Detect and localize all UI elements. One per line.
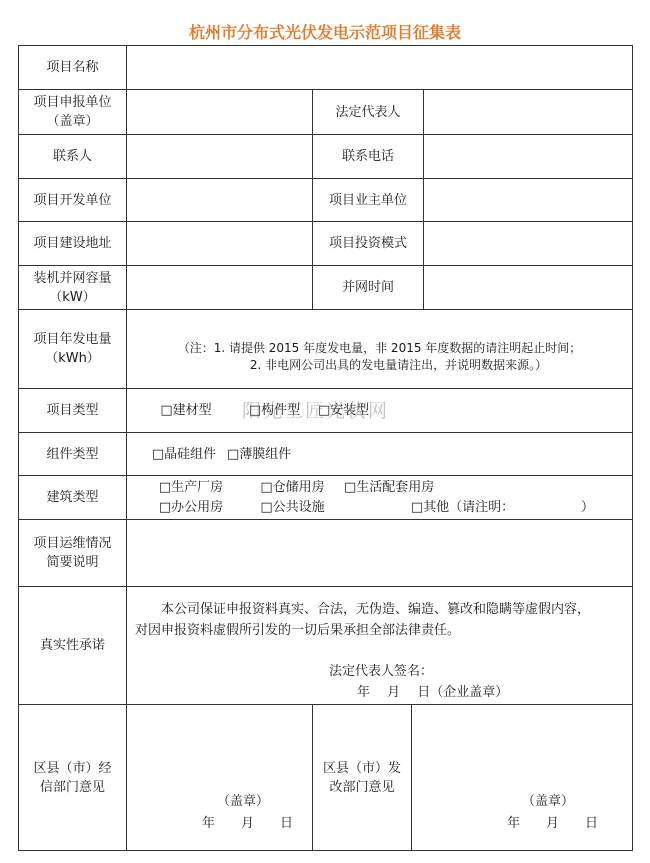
row-contact: 联系人 联系电话 (19, 134, 632, 178)
label-investment-mode: 项目投资模式 (312, 222, 423, 265)
checkbox-other[interactable]: □其他（请注明： (344, 498, 581, 518)
legal-rep-signature[interactable]: 法定代表人签名： (135, 661, 650, 682)
label-authenticity: 真实性承诺 (19, 587, 126, 704)
checkbox-living-facility[interactable]: □生活配套用房 (344, 478, 434, 498)
label-project-name: 项目名称 (19, 46, 126, 89)
authenticity-text-1: 本公司保证申报资料真实、合法，无伪造、编造、篡改和隐瞒等虚假内容， (135, 599, 590, 620)
row-project-type: 项目类型 □建材型 □构件型 □安装型 (19, 388, 632, 432)
input-legal-rep[interactable] (423, 90, 632, 134)
label-dev-line1: 区县（市）发 (323, 759, 401, 778)
input-capacity[interactable] (126, 266, 312, 309)
annual-output-note-1: （注：1. 请提供 2015 年度发电量，非 2015 年度数据的请注明起止时间… (178, 340, 582, 357)
input-econ-info-opinion[interactable]: （盖章） 年 月 日 (126, 705, 312, 850)
label-annual-output-line1: 项目年发电量 (33, 330, 111, 349)
annual-output-note-2: 2. 非电网公司出具的发电量请注出，并说明数据来源。） (212, 357, 547, 374)
label-owner: 项目业主单位 (312, 179, 423, 221)
checkbox-warehouse[interactable]: □仓储用房 (241, 478, 344, 498)
label-annual-output-line2: （kWh） (45, 349, 100, 368)
label-operation: 项目运维情况 简要说明 (19, 520, 126, 586)
other-close-paren: ） (581, 498, 594, 518)
label-contact: 联系人 (19, 135, 126, 178)
label-project-type: 项目类型 (19, 389, 126, 432)
label-applicant: 项目申报单位 （盖章） (19, 90, 126, 134)
input-dev-reform-opinion[interactable]: （盖章） 年 月 日 (411, 705, 632, 850)
label-econ-info-opinion: 区县（市）经 信部门意见 (19, 705, 126, 850)
row-building-type: 建筑类型 □生产厂房 □仓储用房 □生活配套用房 □办公用房 □公共设施 □其他… (19, 475, 632, 519)
label-econ-line2: 信部门意见 (40, 778, 105, 797)
label-building-type: 建筑类型 (19, 476, 126, 519)
label-dev-line2: 改部门意见 (329, 778, 394, 797)
label-phone: 联系电话 (312, 135, 423, 178)
input-grid-time[interactable] (423, 266, 632, 309)
operation-label-text: 项目运维情况 (33, 536, 111, 551)
authenticity-statement: 本公司保证申报资料真实、合法，无伪造、编造、篡改和隐瞒等虚假内容， 对因申报资料… (126, 587, 632, 704)
checkbox-crystalline-silicon[interactable]: □晶硅组件 (141, 445, 227, 464)
building-type-options: □生产厂房 □仓储用房 □生活配套用房 □办公用房 □公共设施 □其他（请注明：… (126, 476, 632, 519)
dev-stamp-label: （盖章） (498, 791, 598, 813)
module-type-options: □晶硅组件 □薄膜组件 (126, 433, 632, 475)
row-developer: 项目开发单位 项目业主单位 (19, 178, 632, 221)
checkbox-thin-film[interactable]: □薄膜组件 (227, 445, 291, 464)
input-annual-output[interactable]: （注：1. 请提供 2015 年度发电量，非 2015 年度数据的请注明起止时间… (126, 310, 632, 388)
input-operation[interactable] (126, 520, 632, 586)
row-address: 项目建设地址 项目投资模式 (19, 221, 632, 265)
label-module-type: 组件类型 (19, 433, 126, 475)
checkbox-public-facility[interactable]: □公共设施 (241, 498, 344, 518)
input-investment-mode[interactable] (423, 222, 632, 265)
label-applicant-line1: 项目申报单位 (33, 93, 111, 112)
input-developer[interactable] (126, 179, 312, 221)
label-legal-rep: 法定代表人 (312, 90, 423, 134)
row-operation: 项目运维情况 简要说明 (19, 519, 632, 586)
label-developer: 项目开发单位 (19, 179, 126, 221)
label-grid-time: 并网时间 (312, 266, 423, 309)
input-contact[interactable] (126, 135, 312, 178)
dev-stamp-date: 年 月 日 (498, 813, 598, 835)
project-type-options: □建材型 □构件型 □安装型 (126, 389, 632, 432)
row-annual-output: 项目年发电量 （kWh） （注：1. 请提供 2015 年度发电量，非 2015… (19, 309, 632, 388)
label-annual-output: 项目年发电量 （kWh） (19, 310, 126, 388)
application-form-table: 项目名称 项目申报单位 （盖章） 法定代表人 联系人 联系电话 项目开发单位 项… (18, 45, 633, 851)
econ-stamp-label: （盖章） (193, 791, 293, 813)
label-applicant-line2: （盖章） (46, 112, 98, 131)
input-owner[interactable] (423, 179, 632, 221)
row-authenticity: 真实性承诺 本公司保证申报资料真实、合法，无伪造、编造、篡改和隐瞒等虚假内容， … (19, 586, 632, 704)
input-project-name[interactable] (126, 46, 632, 89)
input-address[interactable] (126, 222, 312, 265)
label-operation-line2: 简要说明 (46, 553, 98, 572)
label-capacity-line1: 装机并网容量 (33, 269, 111, 288)
authenticity-text-2: 对因申报资料虚假所引发的一切后果承担全部法律责任。 (135, 620, 460, 641)
label-capacity: 装机并网容量 （kW） (19, 266, 126, 309)
econ-stamp-block: （盖章） 年 月 日 (193, 791, 293, 835)
econ-stamp-date: 年 月 日 (193, 813, 293, 835)
row-capacity: 装机并网容量 （kW） 并网时间 (19, 265, 632, 309)
dev-stamp-block: （盖章） 年 月 日 (498, 791, 598, 835)
input-phone[interactable] (423, 135, 632, 178)
row-applicant: 项目申报单位 （盖章） 法定代表人 (19, 89, 632, 134)
checkbox-building-material[interactable]: □建材型 (141, 401, 231, 420)
label-address: 项目建设地址 (19, 222, 126, 265)
label-econ-line1: 区县（市）经 (33, 759, 111, 778)
label-operation-line1: 项目运维情况 (33, 534, 111, 553)
row-project-name: 项目名称 (19, 46, 632, 89)
checkbox-office[interactable]: □办公用房 (141, 498, 241, 518)
label-dev-reform-opinion: 区县（市）发 改部门意见 (312, 705, 411, 850)
checkbox-factory[interactable]: □生产厂房 (141, 478, 241, 498)
input-applicant[interactable] (126, 90, 312, 134)
form-title: 杭州市分布式光伏发电示范项目征集表 (0, 20, 650, 43)
row-module-type: 组件类型 □晶硅组件 □薄膜组件 (19, 432, 632, 475)
checkbox-component[interactable]: □构件型 (231, 401, 318, 420)
row-opinions: 区县（市）经 信部门意见 （盖章） 年 月 日 区县（市）发 改部门意见 （盖章… (19, 704, 632, 850)
label-capacity-line2: （kW） (49, 288, 95, 307)
authenticity-date: 年 月 日（企业盖章） (135, 682, 650, 703)
checkbox-installation[interactable]: □安装型 (318, 401, 369, 420)
